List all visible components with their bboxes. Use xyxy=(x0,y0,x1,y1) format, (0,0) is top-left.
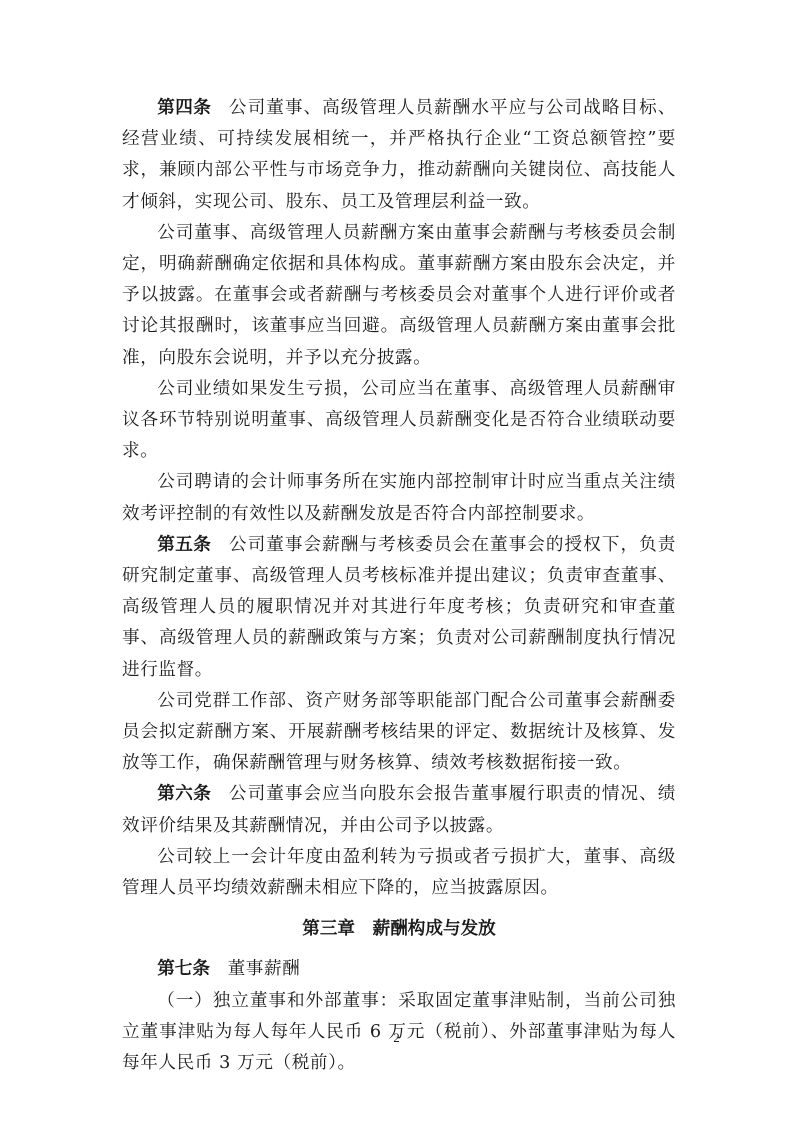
article-label: 第四条 xyxy=(157,98,211,118)
article-label: 第七条 xyxy=(157,959,210,979)
paragraph-text: 董事薪酬 xyxy=(228,959,301,979)
paragraph-text: 公司聘请的会计师事务所在实施内部控制审计时应当重点关注绩效考评控制的有效性以及薪… xyxy=(122,472,676,523)
paragraph-text: 公司董事会薪酬与考核委员会在董事会的授权下，负责研究制定董事、高级管理人员考核标… xyxy=(122,535,676,680)
chapter-title: 薪酬构成与发放 xyxy=(373,914,496,945)
page-number: 2 xyxy=(0,1030,793,1046)
paragraph: 公司聘请的会计师事务所在实施内部控制审计时应当重点关注绩效考评控制的有效性以及薪… xyxy=(122,467,676,529)
paragraph: 公司业绩如果发生亏损，公司应当在董事、高级管理人员薪酬审议各环节特别说明董事、高… xyxy=(122,374,676,468)
article-7-paragraph: 第七条董事薪酬 xyxy=(122,954,676,985)
paragraph-text: 公司董事、高级管理人员薪酬方案由董事会薪酬与考核委员会制定，明确薪酬确定依据和具… xyxy=(122,223,676,368)
article-5-paragraph: 第五条公司董事会薪酬与考核委员会在董事会的授权下，负责研究制定董事、高级管理人员… xyxy=(122,530,676,686)
article-label: 第六条 xyxy=(157,784,211,804)
paragraph-text: 公司较上一会计年度由盈利转为亏损或者亏损扩大，董事、高级管理人员平均绩效薪酬未相… xyxy=(122,847,676,898)
paragraph-text: 公司业绩如果发生亏损，公司应当在董事、高级管理人员薪酬审议各环节特别说明董事、高… xyxy=(122,379,676,461)
article-label: 第五条 xyxy=(157,535,211,555)
article-4-paragraph: 第四条公司董事、高级管理人员薪酬水平应与公司战略目标、经营业绩、可持续发展相统一… xyxy=(122,93,676,218)
document-page: 第四条公司董事、高级管理人员薪酬水平应与公司战略目标、经营业绩、可持续发展相统一… xyxy=(122,93,676,1079)
paragraph: 公司较上一会计年度由盈利转为亏损或者亏损扩大，董事、高级管理人员平均绩效薪酬未相… xyxy=(122,842,676,904)
chapter-heading: 第三章薪酬构成与发放 xyxy=(122,914,676,945)
paragraph: 公司党群工作部、资产财务部等职能部门配合公司董事会薪酬委员会拟定薪酬方案、开展薪… xyxy=(122,686,676,780)
chapter-number: 第三章 xyxy=(302,914,355,945)
article-6-paragraph: 第六条公司董事会应当向股东会报告董事履行职责的情况、绩效评价结果及其薪酬情况，并… xyxy=(122,779,676,841)
paragraph-text: 公司党群工作部、资产财务部等职能部门配合公司董事会薪酬委员会拟定薪酬方案、开展薪… xyxy=(122,691,676,773)
paragraph: 公司董事、高级管理人员薪酬方案由董事会薪酬与考核委员会制定，明确薪酬确定依据和具… xyxy=(122,218,676,374)
